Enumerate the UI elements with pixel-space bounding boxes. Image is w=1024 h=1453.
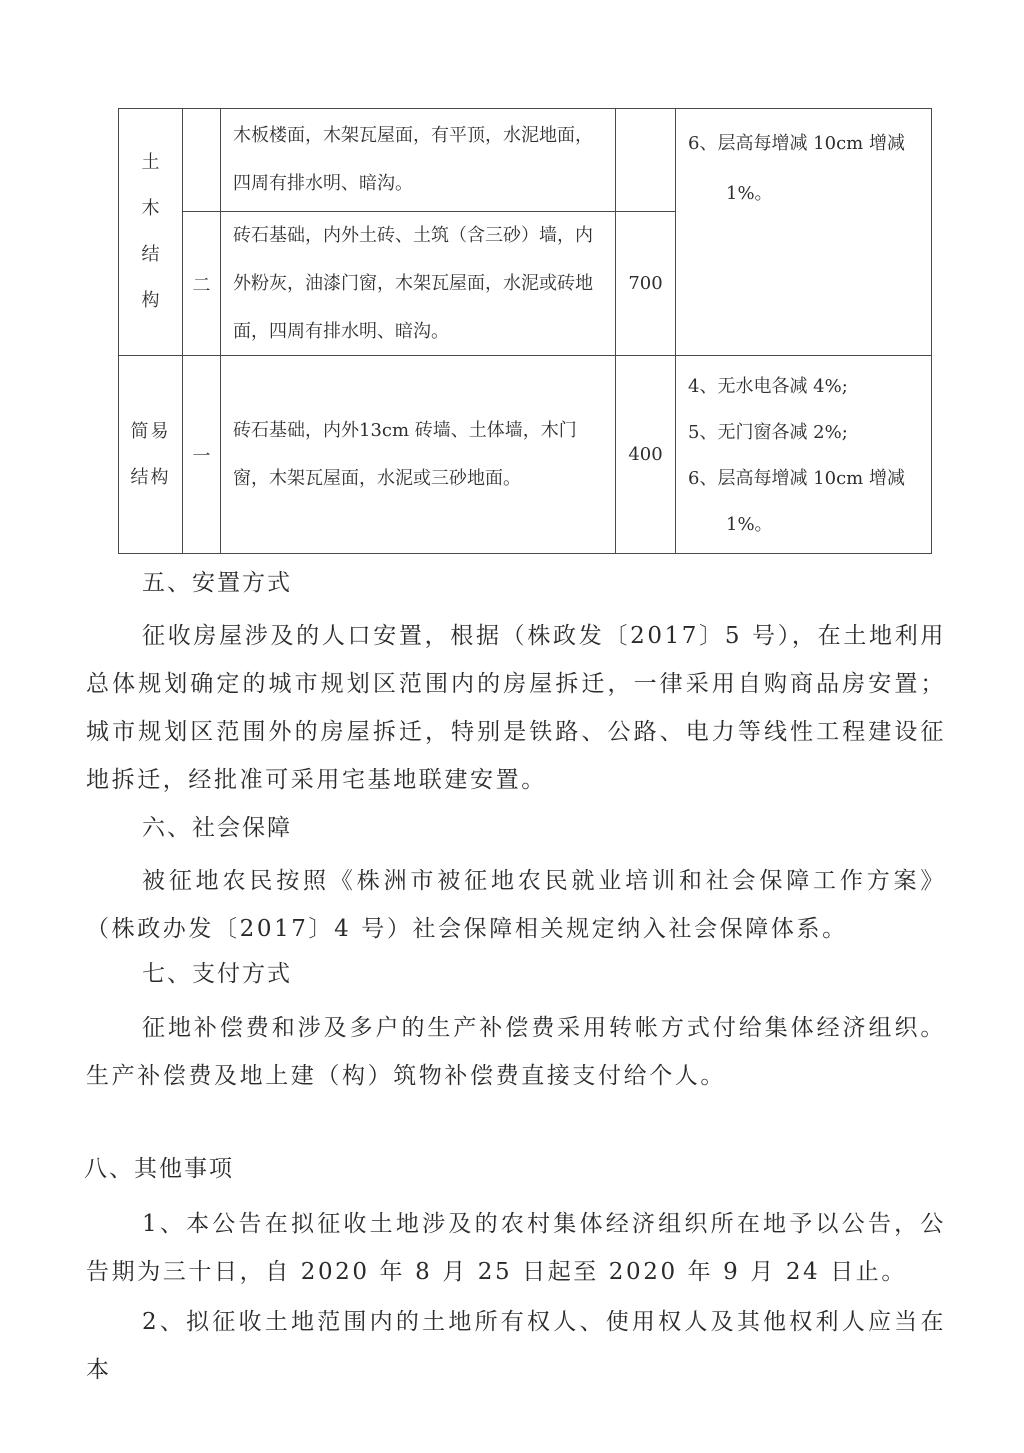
section-heading-social-security: 六、社会保障 — [142, 809, 292, 842]
other-matters-item-2: 2、拟征收土地范围内的土地所有权人、使用权人及其他权利人应当在本 — [86, 1298, 946, 1394]
grade-value: 一 — [193, 442, 211, 468]
description-text: 砖石基础，内外13cm 砖墙、土体墙，木门窗，木架瓦屋面，水泥或三砂地面。 — [233, 407, 607, 503]
grade-cell — [182, 108, 221, 212]
description-text: 砖石基础，内外土砖、土筑（含三砂）墙，内外粉灰，油漆门窗，木架瓦屋面，水泥或砖地… — [233, 212, 607, 356]
category-char: 简易 — [131, 409, 171, 455]
price-value: 400 — [628, 444, 662, 465]
category-char: 结 — [142, 232, 160, 278]
other-matters-item-1: 1、本公告在拟征收土地涉及的农村集体经济组织所在地予以公告，公告期为三十日，自 … — [86, 1200, 946, 1296]
category-char: 土 — [142, 140, 160, 186]
grade-value: 二 — [193, 271, 211, 297]
note-line: 6、层高每增减 10cm 增减 — [688, 456, 905, 502]
section-heading-resettlement: 五、安置方式 — [142, 564, 292, 597]
category-cell-earth-wood: 土 木 结 构 — [118, 108, 183, 356]
section-heading-other-matters: 八、其他事项 — [84, 1150, 234, 1183]
section-body-payment-method: 征地补偿费和涉及多户的生产补偿费采用转帐方式付给集体经济组织。生产补偿费及地上建… — [86, 1004, 946, 1100]
grade-cell: 一 — [182, 355, 221, 554]
adjustment-notes-cell: 6、层高每增减 10cm 增减 1%。 — [675, 108, 932, 356]
category-cell-simple: 简易 结构 — [118, 355, 183, 554]
adjustment-notes-cell: 4、无水电各减 4%; 5、无门窗各减 2%; 6、层高每增减 10cm 增减 … — [675, 355, 932, 554]
price-value: 700 — [628, 273, 662, 294]
section-body-resettlement: 征收房屋涉及的人口安置，根据（株政发〔2017〕5 号），在土地利用总体规划确定… — [86, 612, 946, 804]
price-cell: 400 — [615, 355, 676, 554]
note-continuation: 1%。 — [688, 502, 773, 548]
category-char: 构 — [142, 278, 160, 324]
note-line: 4、无水电各减 4%; — [688, 364, 848, 410]
note-line: 6、层高每增减 10cm 增减 — [688, 119, 905, 169]
note-line: 5、无门窗各减 2%; — [688, 410, 848, 456]
compensation-standards-table: 土 木 结 构 木板楼面，木架瓦屋面，有平顶，水泥地面，四周有排水明、暗沟。 二… — [118, 108, 932, 554]
note-continuation: 1%。 — [688, 169, 773, 219]
description-cell: 砖石基础，内外土砖、土筑（含三砂）墙，内外粉灰，油漆门窗，木架瓦屋面，水泥或砖地… — [220, 211, 616, 356]
grade-cell: 二 — [182, 211, 221, 356]
category-char: 木 — [142, 186, 160, 232]
price-cell — [615, 108, 676, 212]
category-char: 结构 — [131, 455, 171, 501]
section-heading-payment-method: 七、支付方式 — [142, 955, 292, 988]
price-cell: 700 — [615, 211, 676, 356]
description-text: 木板楼面，木架瓦屋面，有平顶，水泥地面，四周有排水明、暗沟。 — [233, 112, 607, 208]
document-page: 土 木 结 构 木板楼面，木架瓦屋面，有平顶，水泥地面，四周有排水明、暗沟。 二… — [0, 0, 1024, 1453]
description-cell: 砖石基础，内外13cm 砖墙、土体墙，木门窗，木架瓦屋面，水泥或三砂地面。 — [220, 355, 616, 554]
section-body-social-security: 被征地农民按照《株洲市被征地农民就业培训和社会保障工作方案》（株政办发〔2017… — [86, 857, 946, 953]
description-cell: 木板楼面，木架瓦屋面，有平顶，水泥地面，四周有排水明、暗沟。 — [220, 108, 616, 212]
